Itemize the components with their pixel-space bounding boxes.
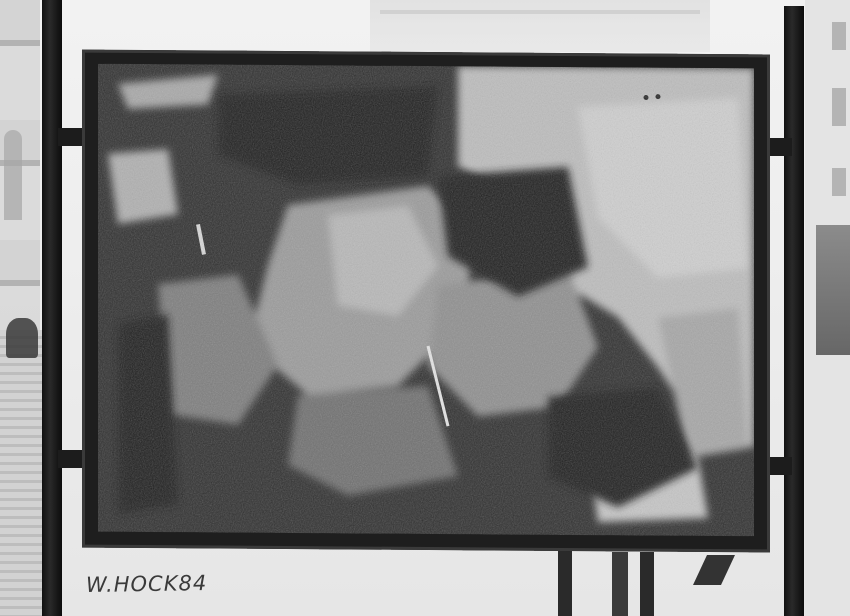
board-support bbox=[558, 548, 572, 616]
sign-board bbox=[82, 50, 770, 553]
photograph: W.HOCK84 bbox=[0, 0, 850, 616]
canal-water bbox=[0, 330, 42, 616]
background-building-top bbox=[370, 0, 710, 52]
board-support bbox=[612, 552, 628, 616]
peeling-paint-texture bbox=[98, 64, 754, 537]
post-bracket bbox=[58, 128, 84, 146]
gondola-silhouette bbox=[6, 318, 38, 358]
photographer-signature: W.HOCK84 bbox=[86, 571, 208, 597]
peeling-paint-surface bbox=[98, 64, 754, 537]
iron-post-right bbox=[784, 6, 804, 616]
post-bracket bbox=[58, 450, 84, 468]
iron-post-left bbox=[42, 0, 62, 616]
board-support bbox=[640, 552, 654, 616]
background-foliage bbox=[816, 225, 850, 355]
